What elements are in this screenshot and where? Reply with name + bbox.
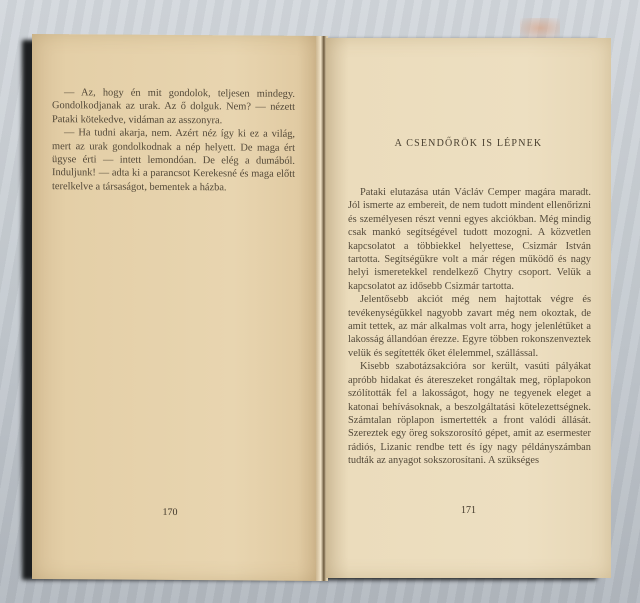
right-page: A CSENDŐRÖK IS LÉPNEK Pataki elutazása u… bbox=[326, 38, 611, 578]
page-number: 170 bbox=[20, 506, 320, 519]
paragraph: — Az, hogy én mit gondolok, teljesen min… bbox=[52, 86, 295, 128]
chapter-title: A CSENDŐRÖK IS LÉPNEK bbox=[326, 138, 611, 149]
left-page-text: — Az, hogy én mit gondolok, teljesen min… bbox=[52, 86, 295, 195]
background-object bbox=[520, 18, 560, 38]
paragraph: — Ha tudni akarja, nem. Azért néz így ki… bbox=[52, 126, 295, 195]
page-number: 171 bbox=[326, 505, 611, 516]
paragraph: Jelentősebb akciót még nem hajtottak vég… bbox=[348, 293, 591, 360]
paragraph: Pataki elutazása után Václáv Cemper magá… bbox=[348, 186, 591, 293]
left-page: — Az, hogy én mit gondolok, teljesen min… bbox=[32, 34, 320, 581]
paragraph: Kisebb szabotázsakcióra sor került, vasú… bbox=[348, 360, 591, 467]
right-page-text: Pataki elutazása után Václáv Cemper magá… bbox=[348, 186, 591, 468]
